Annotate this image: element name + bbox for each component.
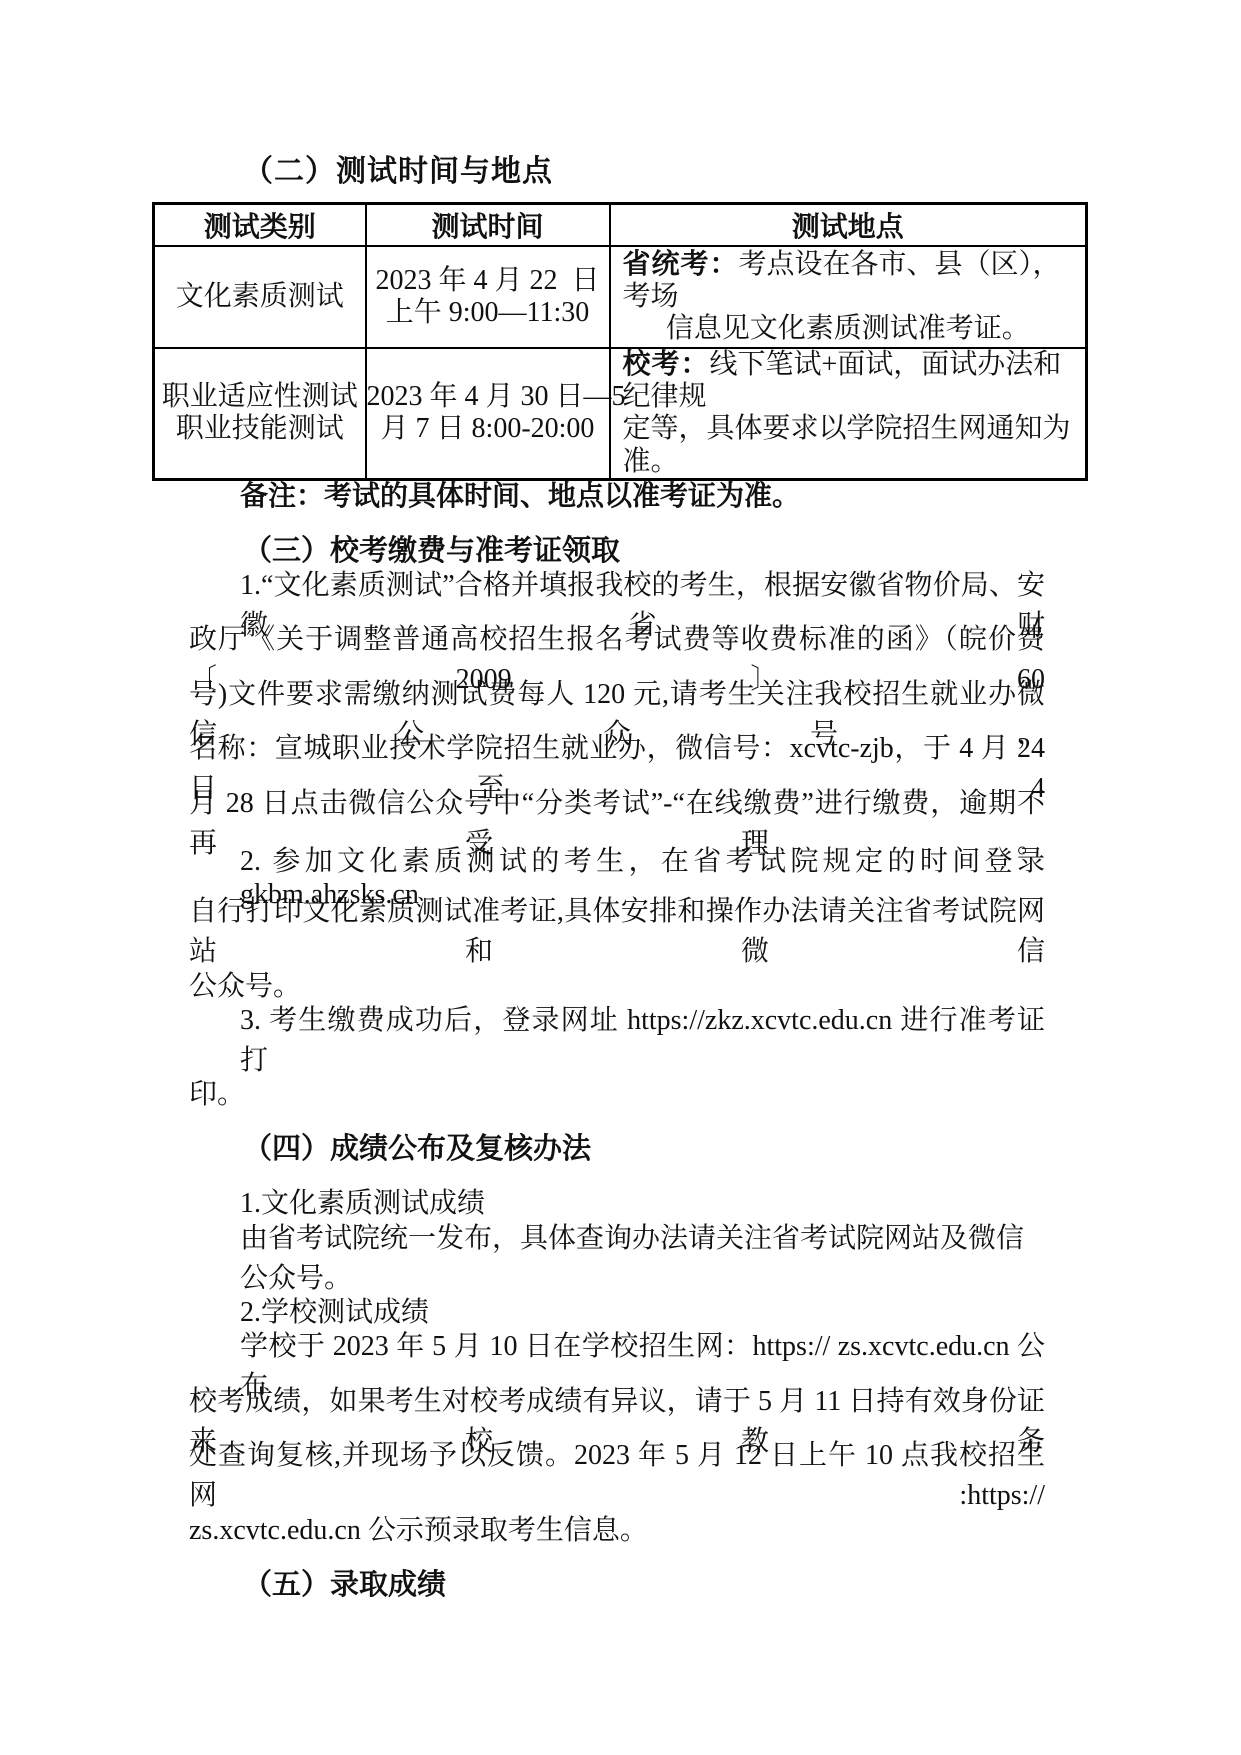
section4-item1-text: 由省考试院统一发布，具体查询办法请关注省考试院网站及微信公众号。 <box>189 1228 1045 1282</box>
category-line: 职业技能测试 <box>155 413 365 445</box>
document-page: （二）测试时间与地点 测试类别 测试时间 测试地点 文化素质测试 20 <box>0 0 1241 1755</box>
section-heading-test-time-location: （二）测试时间与地点 <box>243 146 553 190</box>
cell-location: 校考：线下笔试+面试，面试办法和纪律规 定等，具体要求以学院招生网通知为准。 <box>610 348 1087 479</box>
cell-category: 文化素质测试 <box>154 246 366 348</box>
location-line: 省统考：考点设在各市、县（区），考场 <box>611 249 1086 313</box>
section4-heading: （四）成绩公布及复核办法 <box>189 1120 1045 1174</box>
cell-location: 省统考：考点设在各市、县（区），考场 信息见文化素质测试准考证。 <box>610 246 1087 348</box>
note-line: 备注：考试的具体时间、地点以准考证为准。 <box>189 467 1045 521</box>
para2-line2: 自行打印文化素质测试准考证,具体安排和操作办法请关注省考试院网站和微信 <box>189 902 1045 956</box>
cell-time: 2023 年 4 月 30 日—5 月 7 日 8:00-20:00 <box>366 348 610 479</box>
col-header-test-location: 测试地点 <box>610 204 1087 247</box>
col-header-test-category: 测试类别 <box>154 204 366 247</box>
para3-line2: 印。 <box>189 1065 1045 1119</box>
section4-item2-line4: zs.xcvtc.edu.cn 公示预录取考生信息。 <box>189 1500 1045 1554</box>
location-line: 信息见文化素质测试准考证。 <box>611 313 1086 345</box>
time-line: 月 7 日 8:00-20:00 <box>367 413 609 445</box>
time-line: 2023 年 4 月 30 日—5 <box>367 381 609 413</box>
table-row-culture-test: 文化素质测试 2023 年 4 月 22 日 上午 9:00—11:30 省统考… <box>154 246 1087 348</box>
section4-item2-line3: 处查询复核,并现场予以反馈。2023 年 5 月 12 日上午 10 点我校招生… <box>189 1446 1045 1500</box>
table-row-vocational-test: 职业适应性测试 职业技能测试 2023 年 4 月 30 日—5 月 7 日 8… <box>154 348 1087 479</box>
para3-line1: 3. 考生缴费成功后，登录网址 https://zkz.xcvtc.edu.cn… <box>189 1011 1045 1065</box>
location-line: 校考：线下笔试+面试，面试办法和纪律规 <box>611 349 1086 413</box>
document-body: 备注：考试的具体时间、地点以准考证为准。 （三）校考缴费与准考证领取 1.“文化… <box>189 467 1045 1609</box>
test-schedule-table: 测试类别 测试时间 测试地点 文化素质测试 2023 年 4 月 22 日 上午… <box>152 202 1088 481</box>
col-header-test-time: 测试时间 <box>366 204 610 247</box>
location-prefix: 校考： <box>623 349 710 380</box>
time-line: 2023 年 4 月 22 日 <box>367 265 609 297</box>
category-line: 职业适应性测试 <box>155 381 365 413</box>
category-text: 文化素质测试 <box>155 281 365 313</box>
cell-time: 2023 年 4 月 22 日 上午 9:00—11:30 <box>366 246 610 348</box>
section5-heading: （五）录取成绩 <box>189 1555 1045 1609</box>
location-prefix: 省统考： <box>623 249 739 280</box>
cell-category: 职业适应性测试 职业技能测试 <box>154 348 366 479</box>
table-header-row: 测试类别 测试时间 测试地点 <box>154 204 1087 247</box>
time-line: 上午 9:00—11:30 <box>367 297 609 329</box>
